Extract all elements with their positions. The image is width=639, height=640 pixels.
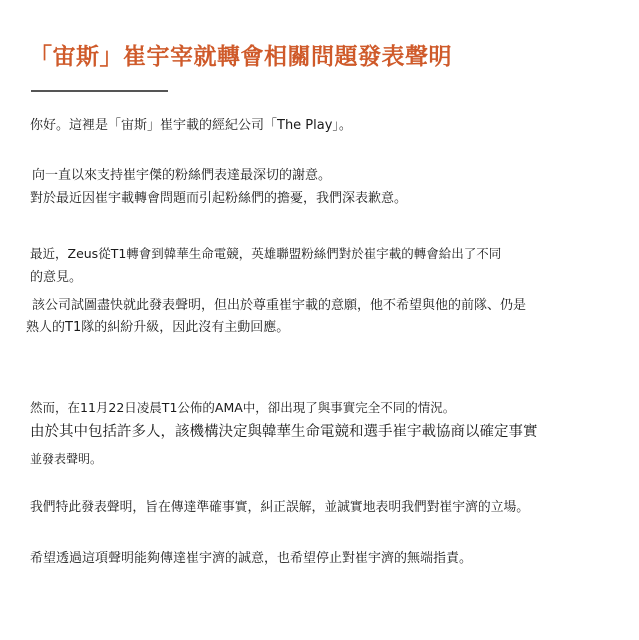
text-line: 我們特此發表聲明，旨在傳達準確事實，糾正誤解，並誠實地表明我們對崔宇濟的立場。: [30, 500, 529, 516]
text-line: 並發表聲明。: [30, 451, 102, 467]
text-line: 最近，Zeus從T1轉會到韓華生命電競，英雄聯盟粉絲們對於崔宇載的轉會給出了不同: [30, 246, 501, 262]
text-line: 由於其中包括許多人，該機構決定與韓華生命電競和選手崔宇載協商以確定事實: [30, 424, 538, 440]
text-line: 該公司試圖盡快就此發表聲明，但出於尊重崔宇載的意願，他不希望與他的前隊、仍是: [32, 298, 526, 314]
text-line: 的意見。: [30, 270, 82, 286]
text-line: 然而，在11月22日凌晨T1公佈的AMA中，卻出現了與事實完全不同的情況。: [30, 400, 455, 416]
text-line: 熟人的T1隊的糾紛升級，因此沒有主動回應。: [26, 320, 289, 336]
statement-title: 「宙斯」崔宇宰就轉會相關問題發表聲明: [29, 38, 452, 71]
text-line: 你好。這裡是「宙斯」崔宇載的經紀公司「The Play」。: [30, 118, 352, 134]
text-line: 向一直以來支持崔宇傑的粉絲們表達最深切的謝意。: [32, 168, 331, 184]
title-divider: [31, 90, 168, 92]
text-line: 對於最近因崔宇載轉會問題而引起粉絲們的擔憂，我們深表歉意。: [30, 191, 407, 207]
text-line: 希望透過這項聲明能夠傳達崔宇濟的誠意，也希望停止對崔宇濟的無端指責。: [30, 551, 472, 567]
